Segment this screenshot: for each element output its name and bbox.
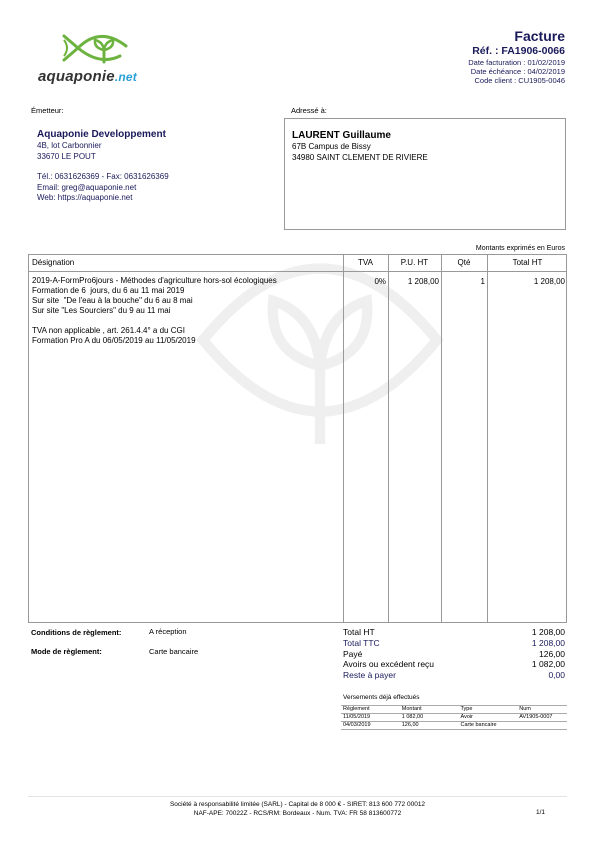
payment-mode-label: Mode de règlement: — [31, 647, 102, 656]
total-row: Total TTC1 208,00 — [343, 638, 565, 649]
invoice-ref: Réf. : FA1906-0066 — [468, 44, 565, 58]
total-value: 1 208,00 — [532, 638, 565, 649]
client-code: Code client : CU1905-0046 — [468, 76, 565, 85]
column-divider — [441, 255, 442, 622]
footer: Société à responsabilité limitée (SARL) … — [28, 800, 567, 818]
line-designation: 2019-A-FormPro6jours - Méthodes d'agricu… — [32, 276, 277, 346]
line-qty: 1 — [441, 277, 485, 286]
payments-header-cell: Montant — [400, 706, 459, 714]
invoice-header: Facture Réf. : FA1906-0066 Date facturat… — [468, 28, 565, 85]
payment-cell: AV1905-0007 — [517, 714, 567, 722]
sender-address1: 4B, lot Carbonnier — [37, 141, 169, 152]
totals-block: Total HT1 208,00Total TTC1 208,00Payé126… — [343, 627, 565, 681]
payment-row: 11/05/20191 082,00AvoirAV1905-0007 — [341, 714, 567, 722]
total-label: Avoirs ou excédent reçu — [343, 659, 434, 670]
recipient-name: LAURENT Guillaume — [292, 129, 428, 142]
recipient-box: LAURENT Guillaume 67B Campus de Bissy 34… — [284, 118, 566, 230]
total-row: Payé126,00 — [343, 649, 565, 660]
header-qty: Qté — [441, 258, 487, 267]
conditions-value: A réception — [149, 627, 187, 636]
sender-name: Aquaponie Developpement — [37, 128, 169, 141]
total-row: Total HT1 208,00 — [343, 627, 565, 638]
payment-mode-value: Carte bancaire — [149, 647, 198, 656]
total-value: 126,00 — [539, 649, 565, 660]
invoice-date: Date facturation : 01/02/2019 — [468, 58, 565, 67]
total-row: Reste à payer0,00 — [343, 670, 565, 681]
payment-cell: Avoir — [459, 714, 518, 722]
payment-cell: 1 082,00 — [400, 714, 459, 722]
column-divider — [388, 255, 389, 622]
page-number: 1/1 — [536, 809, 545, 816]
total-label: Total HT — [343, 627, 375, 638]
payments-header-cell: Règlement — [341, 706, 400, 714]
sender-email: Email: greg@aquaponie.net — [37, 183, 169, 194]
line-tva: 0% — [343, 277, 386, 286]
sender-address2: 33670 LE POUT — [37, 152, 169, 163]
recipient-label: Adressé à: — [291, 106, 327, 115]
total-label: Total TTC — [343, 638, 380, 649]
sender-box: Aquaponie Developpement 4B, lot Carbonni… — [28, 118, 280, 230]
total-value: 0,00 — [548, 670, 565, 681]
recipient-address1: 67B Campus de Bissy — [292, 142, 428, 153]
currency-note: Montants exprimés en Euros — [476, 245, 565, 252]
payments-table: RèglementMontantTypeNum11/05/20191 082,0… — [341, 705, 567, 730]
sender-web: Web: https://aquaponie.net — [37, 193, 169, 204]
header-total-ht: Total HT — [487, 258, 568, 267]
logo-brand: aquaponie — [38, 68, 115, 85]
footer-line2: NAF-APE: 70022Z - RCS/RM: Bordeaux - Num… — [28, 809, 567, 818]
payment-cell: Carte bancaire — [459, 722, 518, 730]
total-label: Reste à payer — [343, 670, 396, 681]
total-value: 1 208,00 — [532, 627, 565, 638]
conditions-label: Conditions de règlement: — [31, 628, 121, 637]
payments-header-cell: Type — [459, 706, 518, 714]
sender-label: Émetteur: — [31, 106, 64, 115]
header-tva: TVA — [343, 258, 388, 267]
payment-cell: 04/03/2019 — [341, 722, 400, 730]
column-divider — [487, 255, 488, 622]
payment-cell — [517, 722, 567, 730]
column-divider — [343, 255, 344, 622]
total-value: 1 082,00 — [532, 659, 565, 670]
line-total-ht: 1 208,00 — [487, 277, 565, 286]
logo-tld: .net — [115, 70, 137, 84]
company-logo: aquaponie.net — [38, 30, 148, 90]
invoice-lines-table: Désignation TVA P.U. HT Qté Total HT 201… — [28, 254, 567, 623]
line-pu-ht: 1 208,00 — [388, 277, 439, 286]
payment-cell: 11/05/2019 — [341, 714, 400, 722]
sender-phone-fax: Tél.: 0631626369 - Fax: 0631626369 — [37, 172, 169, 183]
header-pu-ht: P.U. HT — [388, 258, 441, 267]
total-row: Avoirs ou excédent reçu1 082,00 — [343, 659, 565, 670]
invoice-due-date: Date échéance : 04/02/2019 — [468, 67, 565, 76]
payment-row: 04/03/2019126,00Carte bancaire — [341, 722, 567, 730]
footer-line1: Société à responsabilité limitée (SARL) … — [28, 800, 567, 809]
fish-sprout-logo-icon — [60, 30, 130, 66]
footer-divider — [28, 796, 567, 797]
payment-cell: 126,00 — [400, 722, 459, 730]
payments-title: Versements déjà effectués — [343, 694, 419, 701]
header-designation: Désignation — [32, 258, 74, 267]
payments-header-cell: Num — [517, 706, 567, 714]
total-label: Payé — [343, 649, 362, 660]
recipient-address2: 34980 SAINT CLEMENT DE RIVIERE — [292, 153, 428, 164]
invoice-title: Facture — [468, 28, 565, 44]
